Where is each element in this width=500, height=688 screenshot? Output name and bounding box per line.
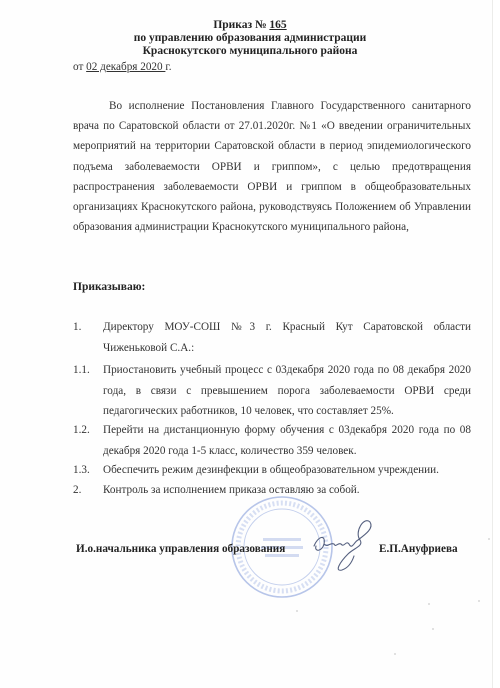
order-item-1-3: 1.3. Обеспечить режим дезинфекции в обще… xyxy=(73,460,471,481)
order-item-1-1: 1.1. Приостановить учебный процесс с 03д… xyxy=(73,360,471,422)
preamble-paragraph: Во исполнение Постановления Главного Гос… xyxy=(73,96,471,237)
scan-speck xyxy=(478,600,480,602)
order-heading: Приказываю: xyxy=(73,281,145,293)
order-item-1: 1. Директору МОУ-СОШ №3 г. Красный Кут С… xyxy=(73,317,471,358)
order-date: от 02 декабря 2020 г. xyxy=(73,61,172,73)
scan-speck xyxy=(296,610,298,612)
scanned-page: Приказ № 165 по управлению образования а… xyxy=(0,0,493,688)
order-subtitle-1: по управлению образования администрации xyxy=(0,32,500,45)
handwritten-signature-icon xyxy=(308,518,383,578)
scan-speck xyxy=(432,628,434,630)
scan-speck xyxy=(428,603,430,605)
signatory-name: Е.П.Ануфриева xyxy=(379,543,458,555)
scan-speck xyxy=(488,538,490,540)
order-title: Приказ № 165 xyxy=(0,19,500,32)
scan-speck xyxy=(394,653,396,655)
signatory-title: И.о.начальника управления образования xyxy=(76,543,285,555)
order-subtitle-2: Краснокутского муниципального района xyxy=(0,45,500,58)
order-item-1-2: 1.2. Перейти на дистанционную форму обуч… xyxy=(73,420,471,461)
order-number: 165 xyxy=(269,19,286,31)
